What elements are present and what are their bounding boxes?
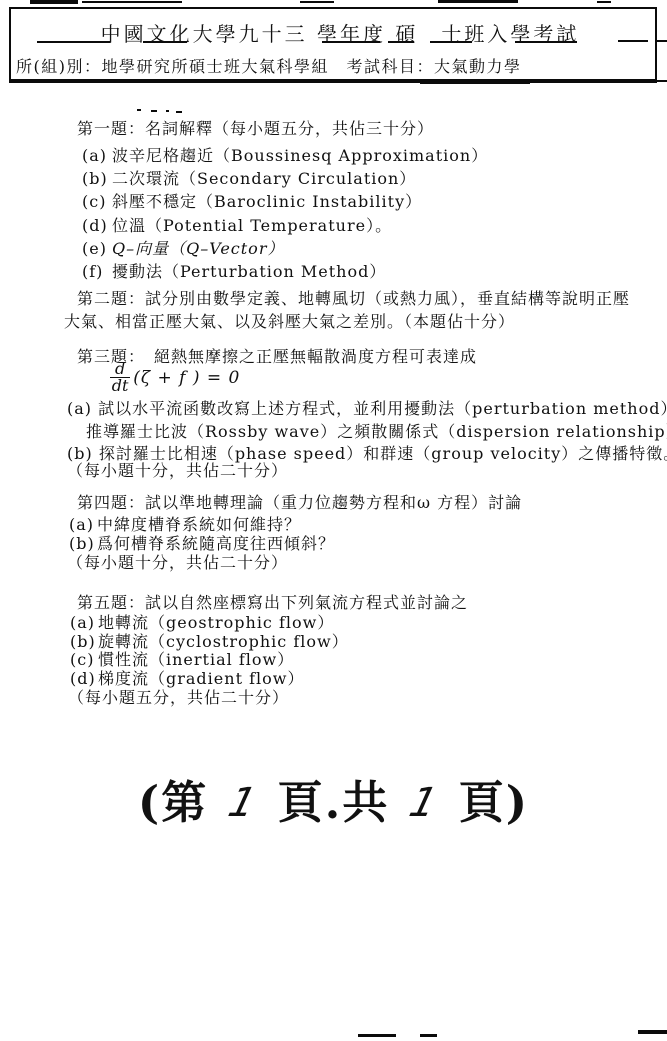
scan-artifact <box>656 40 667 42</box>
question1-heading: 第一題：名詞解釋（每小題五分，共佔三十分） <box>77 119 434 138</box>
item-label: (b) <box>82 169 112 188</box>
item-label: (a) <box>70 613 98 632</box>
question5-item-d: (d)梯度流（gradient flow） <box>70 669 304 688</box>
question5-item-c: (c)慣性流（inertial flow） <box>70 650 294 669</box>
formula-expression: (ζ + f ) = 0 <box>133 368 240 388</box>
item-text: 波辛尼格趨近（Boussinesq Approximation） <box>112 146 488 165</box>
question2-line2: 大氣、相當正壓大氣、以及斜壓大氣之差別。（本題佔十分） <box>64 312 515 331</box>
scan-artifact <box>37 41 110 43</box>
page-number: 1 <box>216 781 269 825</box>
footer-middle: 頁.共 <box>278 778 390 828</box>
question4-item-a: (a)中緯度槽脊系統如何維持？ <box>69 515 301 534</box>
question5-points-note: （每小題五分，共佔二十分） <box>68 688 289 707</box>
fraction: d dt <box>110 361 130 394</box>
scan-artifact <box>388 41 414 43</box>
exam-paper-page: 中國文化大學九十三 學年度 碩 士班入學考試 所(組)別：地學研究所碩士班大氣科… <box>0 0 667 1041</box>
total-pages: 1 <box>398 781 451 825</box>
question4-points-note: （每小題十分，共佔二十分） <box>67 553 288 572</box>
item-label: (b) <box>70 632 98 651</box>
item-label: (c) <box>70 650 98 669</box>
item-label: (b) <box>69 534 97 553</box>
question1-item-f: (f)擾動法（Perturbation Method） <box>82 262 386 281</box>
scan-artifact <box>137 109 141 111</box>
scan-artifact <box>9 79 655 82</box>
item-label: (e) <box>82 239 112 258</box>
item-label: (f) <box>82 262 112 281</box>
item-label: (d) <box>82 216 112 235</box>
question3-points-note: （每小題十分，共佔二十分） <box>67 461 288 480</box>
question4-heading: 第四題：試以準地轉理論（重力位趨勢方程和ω 方程）討論 <box>77 493 522 512</box>
footer-prefix: (第 <box>138 778 208 828</box>
scan-artifact <box>430 41 472 43</box>
footer-suffix: 頁) <box>459 778 529 828</box>
item-text: 中緯度槽脊系統如何維持？ <box>97 515 301 534</box>
scan-artifact <box>515 41 577 43</box>
item-text: 慣性流（inertial flow） <box>98 650 294 669</box>
scan-artifact <box>300 1 334 3</box>
item-text: 旋轉流（cyclostrophic flow） <box>98 632 349 651</box>
item-text: 位溫（Potential Temperature）。 <box>112 216 392 235</box>
item-label: (c) <box>82 192 112 211</box>
scan-artifact <box>565 80 620 82</box>
scan-artifact <box>82 1 182 3</box>
scan-artifact <box>618 40 648 42</box>
item-text: 地轉流（geostrophic flow） <box>98 613 334 632</box>
item-text: 二次環流（Secondary Circulation） <box>112 169 416 188</box>
item-label: (a) <box>69 515 97 534</box>
vorticity-equation-formula: d dt (ζ + f ) = 0 <box>110 361 240 394</box>
question5-item-b: (b)旋轉流（cyclostrophic flow） <box>70 632 349 651</box>
scan-artifact <box>143 41 187 43</box>
question2-line1: 第二題：試分別由數學定義、地轉風切（或熱力風），垂直結構等說明正壓 <box>77 289 630 308</box>
question1-item-b: (b)二次環流（Secondary Circulation） <box>82 169 416 188</box>
scan-artifact <box>176 111 182 113</box>
exam-dept-subject-line: 所(組)別：地學研究所碩士班大氣科學組 考試科目：大氣動力學 <box>16 54 522 77</box>
item-text: 斜壓不穩定（Baroclinic Instability） <box>112 192 422 211</box>
exam-header-box: 中國文化大學九十三 學年度 碩 士班入學考試 所(組)別：地學研究所碩士班大氣科… <box>9 7 657 83</box>
scan-artifact <box>322 41 380 43</box>
scan-artifact <box>358 1034 396 1037</box>
question5-item-a: (a)地轉流（geostrophic flow） <box>70 613 334 632</box>
item-text: 梯度流（gradient flow） <box>98 669 304 688</box>
item-text: 爲何槽脊系統隨高度往西傾斜？ <box>97 534 335 553</box>
scan-artifact <box>638 1030 667 1034</box>
item-label: (d) <box>70 669 98 688</box>
question5-heading: 第五題：試以自然座標寫出下列氣流方程式並討論之 <box>77 593 468 612</box>
scan-artifact <box>166 110 169 112</box>
question1-item-e: (e)Q–向量（Q–Vector） <box>82 239 284 258</box>
question1-item-a: (a)波辛尼格趨近（Boussinesq Approximation） <box>82 146 488 165</box>
page-footer: (第 1 頁.共 1 頁) <box>0 778 667 828</box>
scan-artifact <box>420 82 530 84</box>
question1-item-d: (d)位溫（Potential Temperature）。 <box>82 216 392 235</box>
fraction-denominator: dt <box>112 378 129 394</box>
question3-item-a-line2: 推導羅士比波（Rossby wave）之頻散關係式（dispersion rel… <box>86 422 667 441</box>
item-text: 擾動法（Perturbation Method） <box>112 262 386 281</box>
scan-artifact <box>30 0 78 4</box>
scan-artifact <box>420 1034 437 1037</box>
question1-item-c: (c)斜壓不穩定（Baroclinic Instability） <box>82 192 422 211</box>
scan-artifact <box>438 0 518 3</box>
item-label: (a) <box>82 146 112 165</box>
item-text: Q–向量（Q–Vector） <box>112 239 284 258</box>
scan-artifact <box>151 110 157 112</box>
scan-artifact <box>597 1 611 3</box>
question3-item-a-line1: (a) 試以水平流函數改寫上述方程式，並利用擾動法（perturbation m… <box>67 399 667 418</box>
question4-item-b: (b)爲何槽脊系統隨高度往西傾斜？ <box>69 534 335 553</box>
scan-artifact <box>648 80 667 82</box>
